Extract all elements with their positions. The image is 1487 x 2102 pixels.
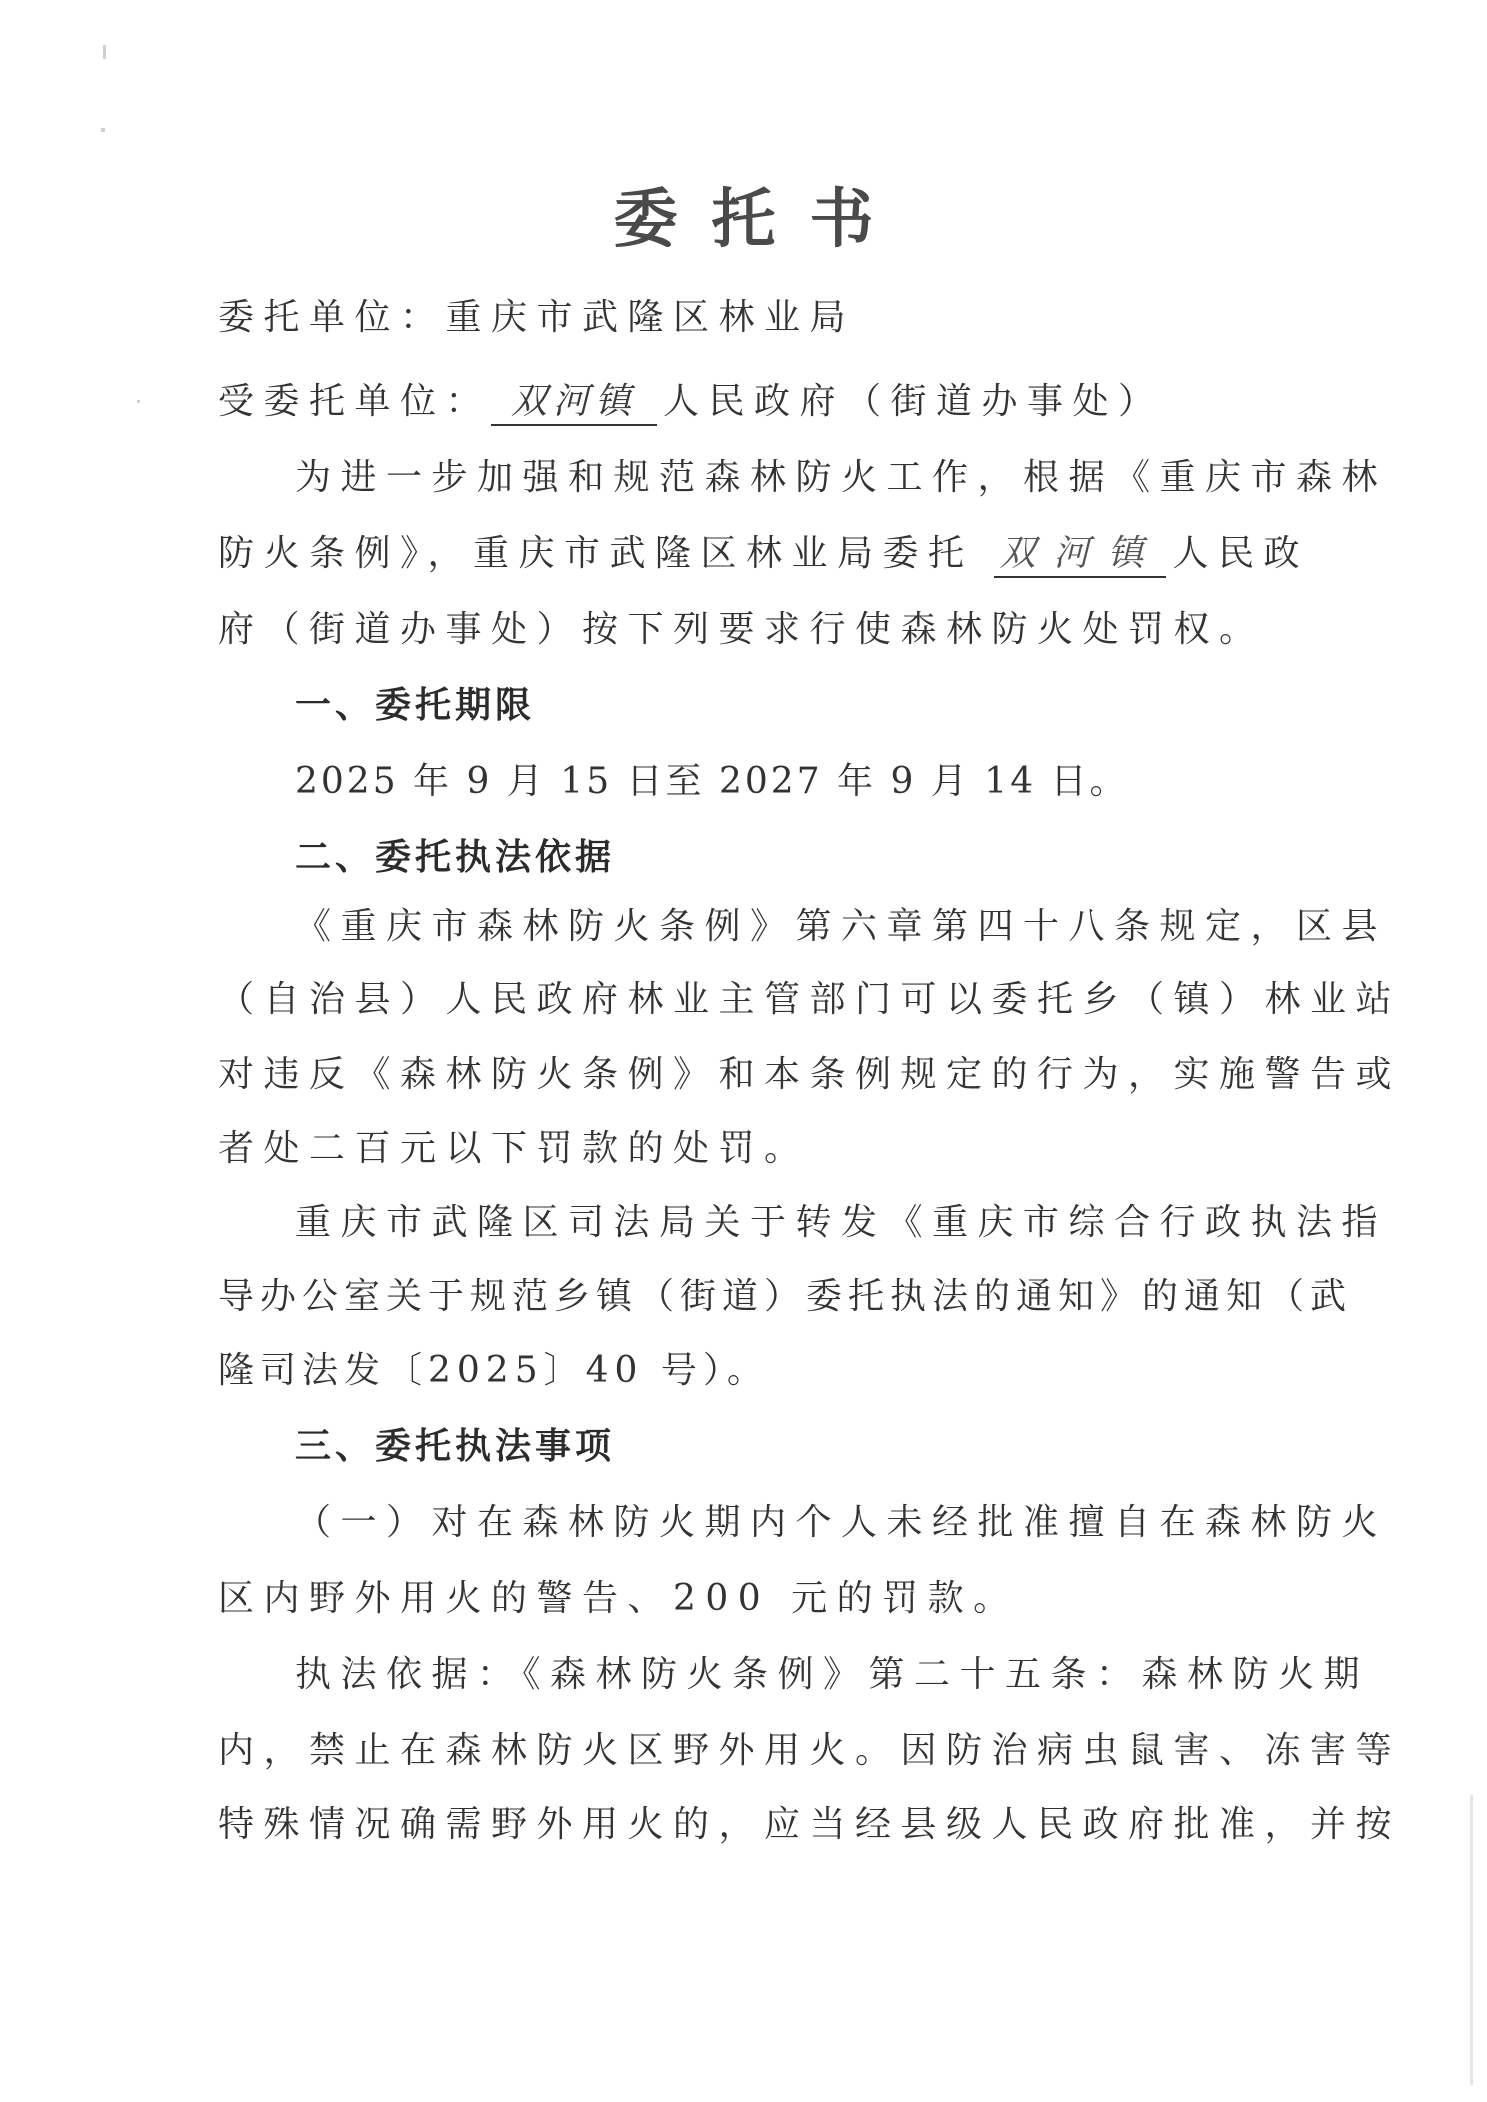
section-basis-line: 《重庆市森林防火条例》第六章第四十八条规定，区县 (295, 905, 1335, 949)
section-basis-line: 导办公室关于规范乡镇（街道）委托执法的通知》的通知（武 (218, 1275, 1258, 1319)
delegating-unit-label: 委托单位： (218, 297, 446, 338)
section-matters-line: 内，禁止在森林防火区野外用火。因防治病虫鼠害、冻害等 (218, 1729, 1258, 1773)
delegated-unit-suffix: 人民政府（街道办事处） (663, 381, 1164, 422)
handwritten-fill-entrusted-town: 双河镇 (994, 532, 1166, 578)
delegated-unit-label: 受委托单位： (218, 381, 491, 422)
section-basis-line: 对违反《森林防火条例》和本条例规定的行为，实施警告或 (218, 1053, 1258, 1097)
section-basis-line: （自治县）人民政府林业主管部门可以委托乡（镇）林业站 (218, 978, 1258, 1022)
section-term-line: 2025 年 9 月 15 日至 2027 年 9 月 14 日。 (295, 760, 1335, 804)
delegating-unit-value: 重庆市武隆区林业局 (446, 297, 856, 338)
document-title: 委托书 (0, 180, 1487, 260)
intro-line-2-after: 人民政 (1172, 533, 1309, 574)
scan-artifact (101, 128, 105, 132)
intro-line-2-before: 防火条例》，重庆市武隆区林业局委托 (218, 533, 974, 574)
section-basis-line: 重庆市武隆区司法局关于转发《重庆市综合行政执法指 (295, 1201, 1335, 1245)
section-basis-line: 者处二百元以下罚款的处罚。 (218, 1127, 1258, 1171)
scan-artifact (103, 45, 106, 59)
scan-artifact (137, 400, 140, 403)
section-heading-matters: 三、委托执法事项 (295, 1425, 1335, 1469)
scan-edge (1470, 1795, 1473, 2085)
section-matters-line: 执法依据：《森林防火条例》第二十五条：森林防火期 (295, 1653, 1335, 1697)
intro-line-2: 防火条例》，重庆市武隆区林业局委托 双河镇人民政 (218, 532, 1258, 578)
intro-line-3: 府（街道办事处）按下列要求行使森林防火处罚权。 (218, 608, 1258, 652)
section-matters-line: 区内野外用火的警告、200 元的罚款。 (218, 1577, 1258, 1621)
delegated-unit-line: 受委托单位：双河镇人民政府（街道办事处） (218, 380, 1258, 426)
intro-line-1: 为进一步加强和规范森林防火工作，根据《重庆市森林 (295, 456, 1335, 500)
section-heading-term: 一、委托期限 (295, 684, 1335, 728)
handwritten-fill-delegated-unit: 双河镇 (491, 380, 657, 426)
document-page: 委托书 委托单位：重庆市武隆区林业局 受委托单位：双河镇人民政府（街道办事处） … (0, 0, 1487, 2102)
section-heading-basis: 二、委托执法依据 (295, 836, 1335, 880)
section-matters-line: 特殊情况确需野外用火的，应当经县级人民政府批准，并按 (218, 1803, 1258, 1847)
section-matters-line: （一）对在森林防火期内个人未经批准擅自在森林防火 (295, 1501, 1335, 1545)
section-basis-line: 隆司法发〔2025〕40 号）。 (218, 1349, 1258, 1393)
delegating-unit-line: 委托单位：重庆市武隆区林业局 (218, 296, 1258, 340)
